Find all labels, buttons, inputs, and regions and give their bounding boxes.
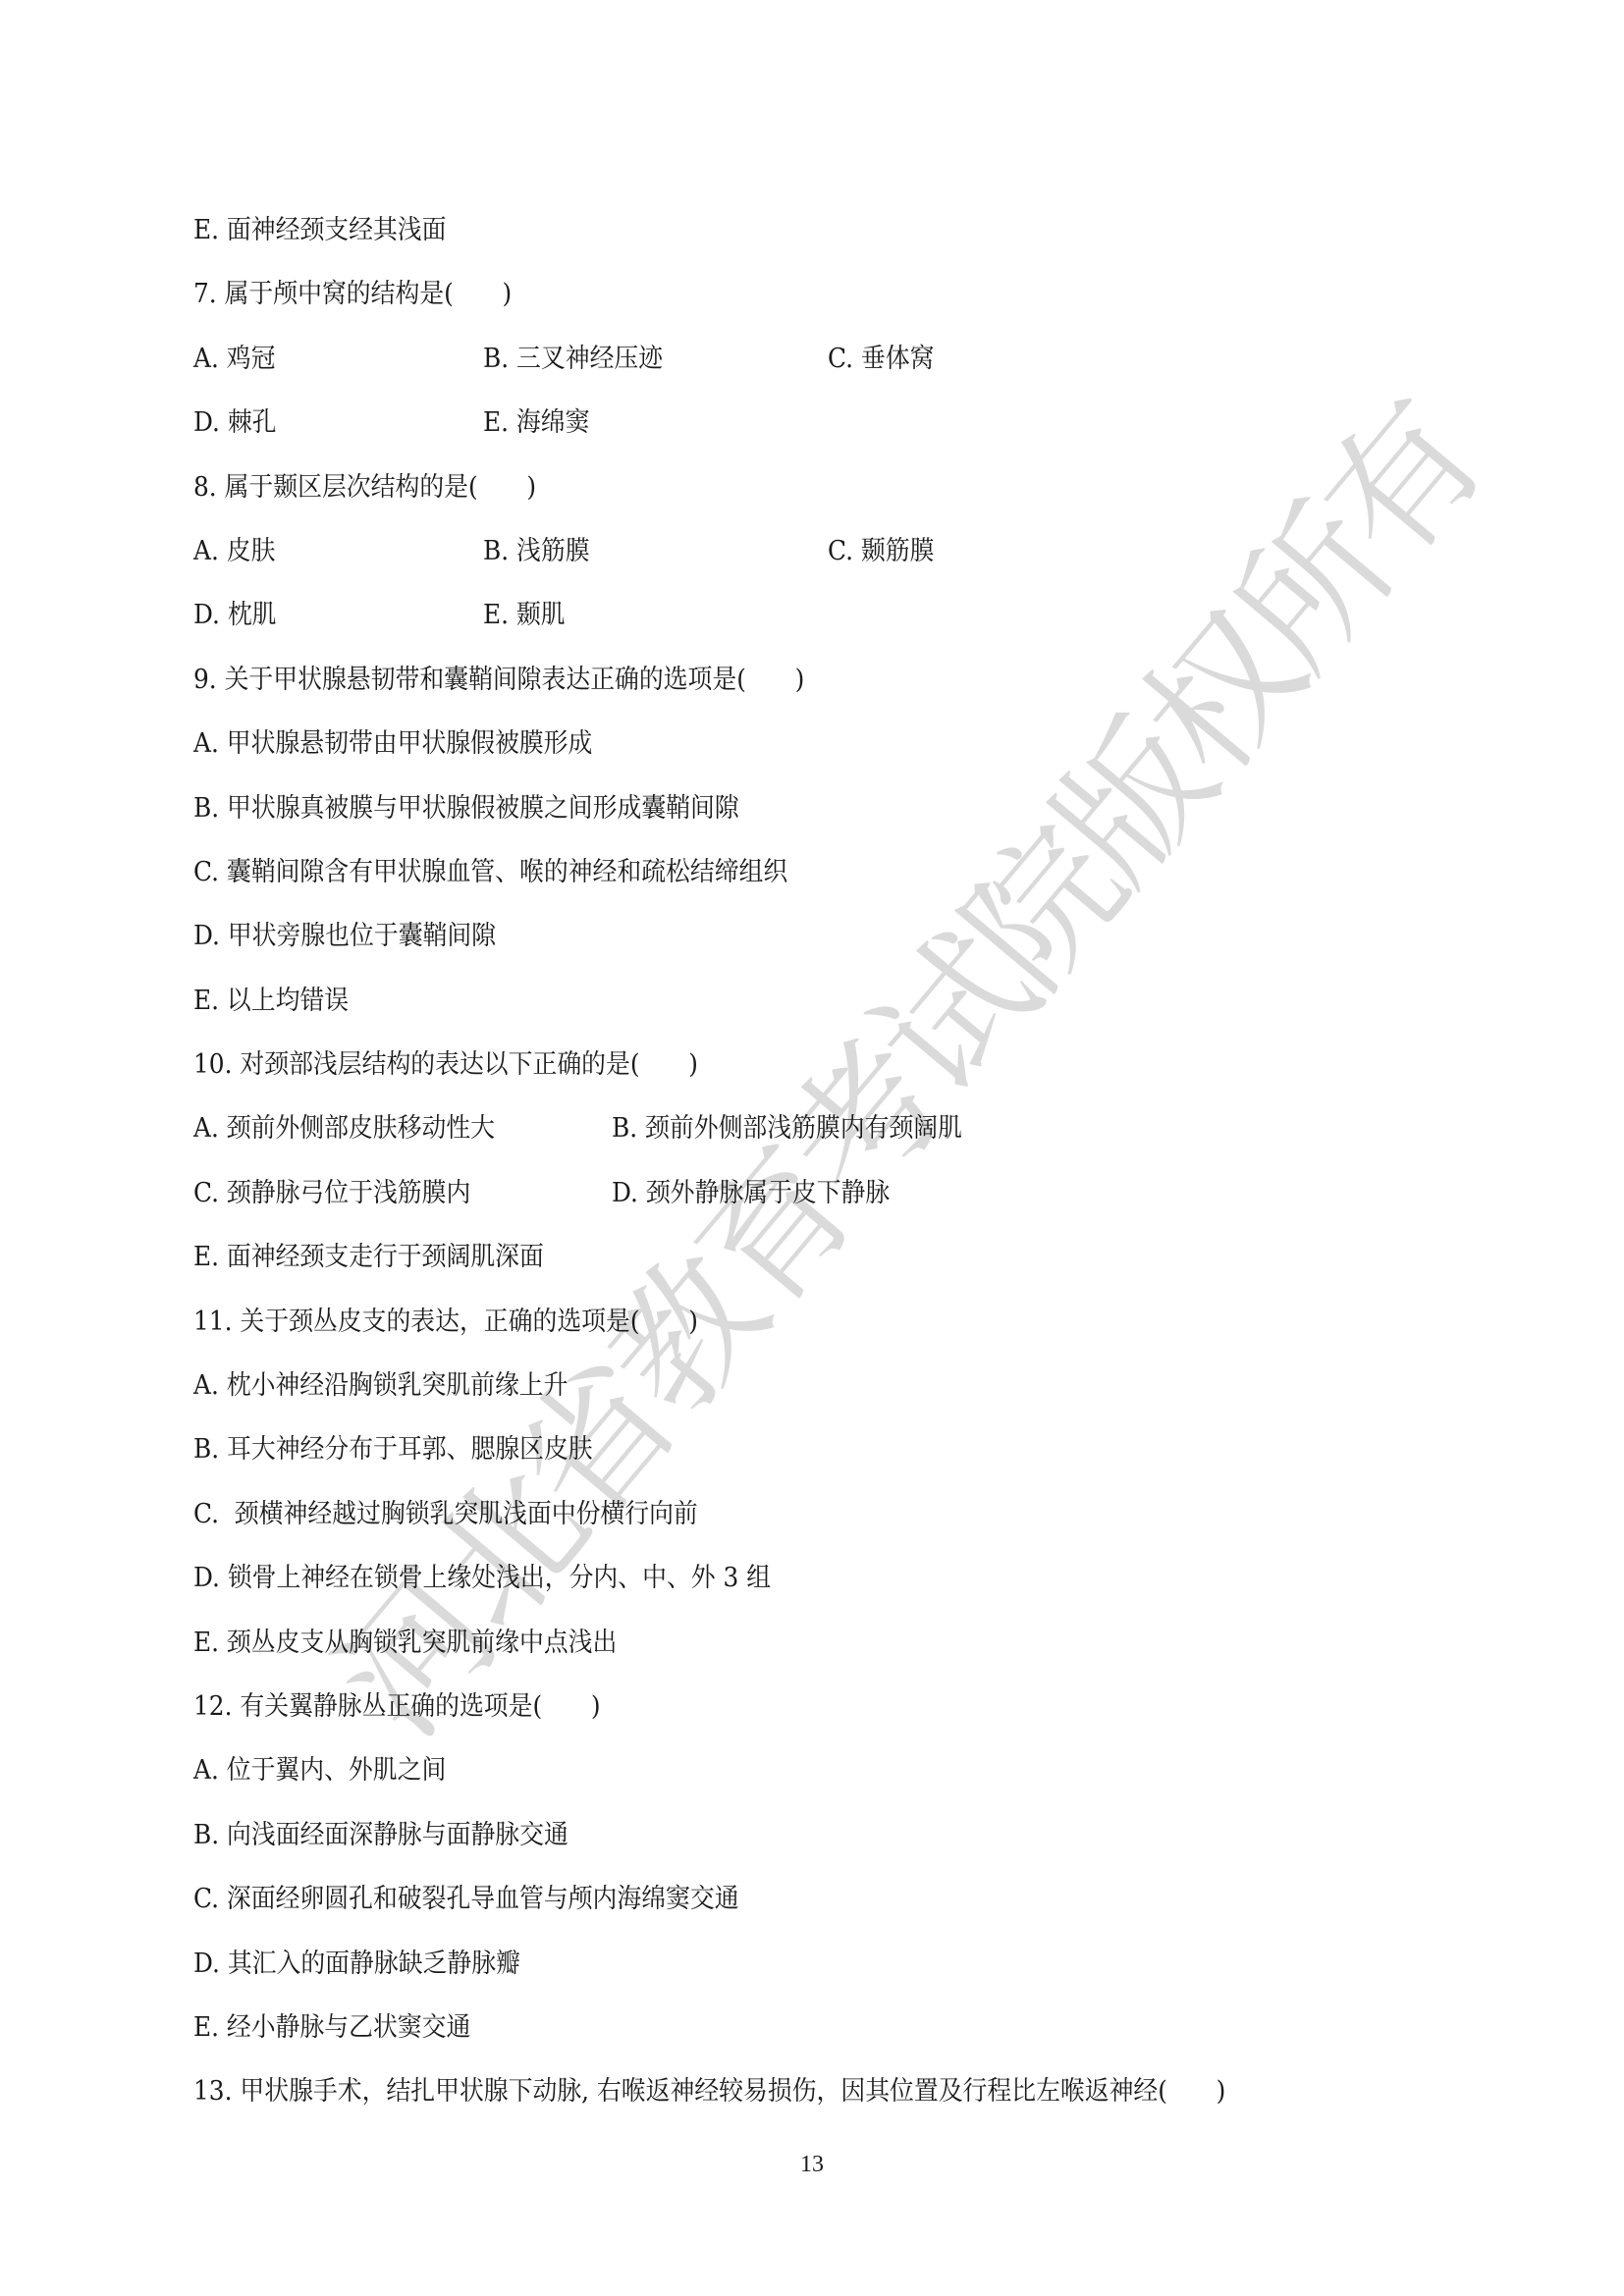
question-12-option-b: B. 向浅面经面深静脉与面静脉交通 [193, 1814, 1331, 1878]
question-12-option-e: E. 经小静脉与乙状窦交通 [193, 2006, 1331, 2070]
question-9-option-d: D. 甲状旁腺也位于囊鞘间隙 [193, 915, 1331, 979]
question-8-options-row-1: A. 皮肤 B. 浅筋膜 C. 颞筋膜 [193, 530, 1431, 594]
question-8-option-a: A. 皮肤 [193, 530, 275, 573]
question-7-option-b: B. 三叉神经压迹 [483, 338, 663, 381]
question-11-option-e: E. 颈丛皮支从胸锁乳突肌前缘中点浅出 [193, 1622, 1331, 1685]
question-9-option-b: B. 甲状腺真被膜与甲状腺假被膜之间形成囊鞘间隙 [193, 787, 1331, 851]
question-12-option-d: D. 其汇入的面静脉缺乏静脉瓣 [193, 1943, 1331, 2006]
question-13-stem: 13. 甲状腺手术，结扎甲状腺下动脉, 右喉返神经较易损伤，因其位置及行程比左喉… [193, 2070, 1331, 2134]
question-8-option-d: D. 枕肌 [193, 594, 277, 637]
question-10-options-row-1: A. 颈前外侧部皮肤移动性大 B. 颈前外侧部浅筋膜内有颈阔肌 [193, 1107, 1431, 1171]
question-12-option-a: A. 位于翼内、外肌之间 [193, 1749, 1331, 1813]
question-8-option-c: C. 颞筋膜 [828, 530, 934, 573]
question-8-option-e: E. 颞肌 [483, 594, 566, 637]
question-7-option-c: C. 垂体窝 [828, 338, 934, 381]
question-10-option-e: E. 面神经颈支走行于颈阔肌深面 [193, 1236, 1331, 1300]
page-content: E. 面神经颈支经其浅面 7. 属于颅中窝的结构是( ) A. 鸡冠 B. 三叉… [193, 209, 1431, 2135]
carryover-option-e: E. 面神经颈支经其浅面 [193, 209, 1331, 273]
question-8-option-b: B. 浅筋膜 [483, 530, 590, 573]
question-11-option-c: C. 颈横神经越过胸锁乳突肌浅面中份横行向前 [193, 1493, 1331, 1557]
question-7-option-d: D. 棘孔 [193, 401, 277, 445]
question-9-option-e: E. 以上均错误 [193, 980, 1331, 1043]
question-7-stem: 7. 属于颅中窝的结构是( ) [193, 273, 1331, 337]
question-11-stem: 11. 关于颈丛皮支的表达，正确的选项是( ) [193, 1301, 1331, 1364]
question-11-option-a: A. 枕小神经沿胸锁乳突肌前缘上升 [193, 1364, 1331, 1428]
question-10-option-b: B. 颈前外侧部浅筋膜内有颈阔肌 [612, 1107, 962, 1150]
question-10-stem: 10. 对颈部浅层结构的表达以下正确的是( ) [193, 1043, 1331, 1107]
question-12-option-c: C. 深面经卵圆孔和破裂孔导血管与颅内海绵窦交通 [193, 1878, 1331, 1942]
question-7-options-row-2: D. 棘孔 E. 海绵窦 [193, 401, 1431, 465]
question-8-stem: 8. 属于颞区层次结构的是( ) [193, 466, 1331, 530]
question-10-options-row-2: C. 颈静脉弓位于浅筋膜内 D. 颈外静脉属于皮下静脉 [193, 1172, 1431, 1236]
question-11-option-d: D. 锁骨上神经在锁骨上缘处浅出，分内、中、外 3 组 [193, 1557, 1331, 1621]
question-11-option-b: B. 耳大神经分布于耳郭、腮腺区皮肤 [193, 1428, 1331, 1492]
question-9-option-a: A. 甲状腺悬韧带由甲状腺假被膜形成 [193, 722, 1331, 786]
question-7-options-row-1: A. 鸡冠 B. 三叉神经压迹 C. 垂体窝 [193, 338, 1431, 401]
question-9-option-c: C. 囊鞘间隙含有甲状腺血管、喉的神经和疏松结缔组织 [193, 851, 1331, 915]
document-page: 河北省教育考试院版权所有 E. 面神经颈支经其浅面 7. 属于颅中窝的结构是( … [0, 0, 1624, 2296]
question-7-option-e: E. 海绵窦 [483, 401, 589, 445]
question-9-stem: 9. 关于甲状腺悬韧带和囊鞘间隙表达正确的选项是( ) [193, 659, 1331, 722]
question-7-option-a: A. 鸡冠 [193, 338, 275, 381]
question-12-stem: 12. 有关翼静脉丛正确的选项是( ) [193, 1685, 1331, 1749]
page-number: 13 [0, 2150, 1624, 2179]
question-10-option-a: A. 颈前外侧部皮肤移动性大 [193, 1107, 495, 1150]
question-10-option-d: D. 颈外静脉属于皮下静脉 [612, 1172, 890, 1215]
question-8-options-row-2: D. 枕肌 E. 颞肌 [193, 594, 1431, 658]
question-10-option-c: C. 颈静脉弓位于浅筋膜内 [193, 1172, 470, 1215]
